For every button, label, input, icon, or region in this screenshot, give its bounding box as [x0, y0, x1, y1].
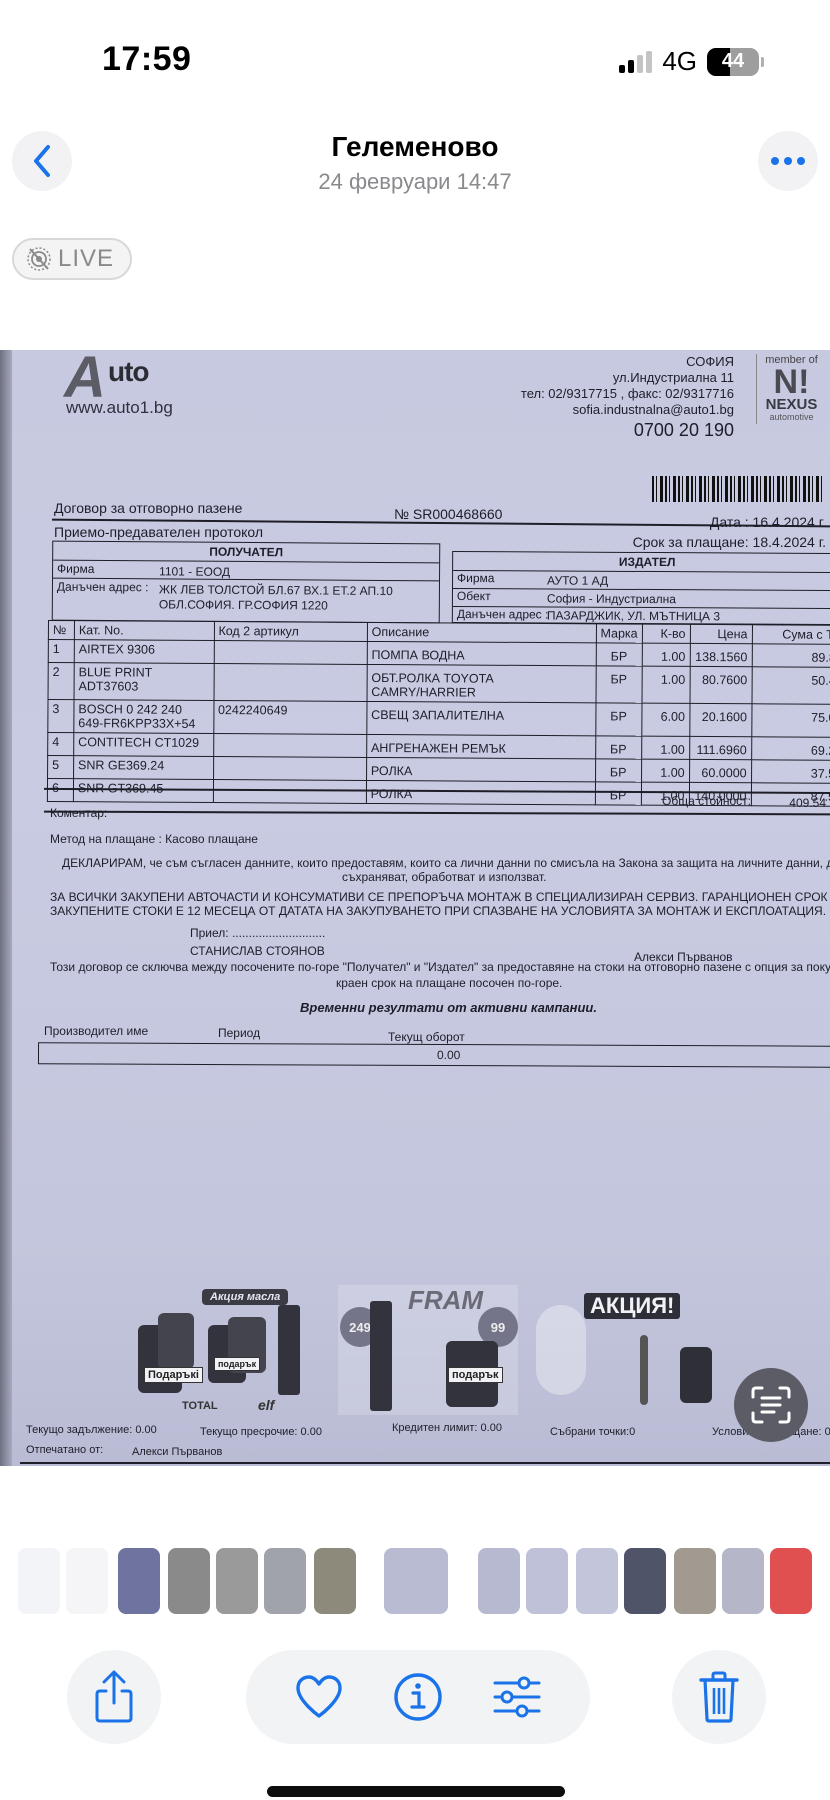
- signal-icon: [619, 51, 652, 73]
- issuer-firm-label: Фирма: [457, 571, 495, 585]
- cell-price: 60.0000: [689, 759, 751, 782]
- brand-elf: elf: [258, 1397, 274, 1413]
- cell-sum: 37.50: [751, 760, 830, 784]
- cell-cat: SNR GT369.45: [73, 779, 213, 803]
- received-name: СТАНИСЛАВ СТОЯНОВ: [190, 944, 325, 958]
- cell-code2: [214, 641, 367, 665]
- contract-line-2: краен срок на плащане посочен по-горе.: [336, 976, 562, 990]
- fram-gift-label: подарък: [448, 1367, 503, 1383]
- comment-label: Коментар:: [50, 806, 107, 820]
- warranty-line-2: ЗАКУПЕНИТЕ СТОКИ Е 12 МЕСЕЦА ОТ ДАТАТА Н…: [50, 904, 826, 918]
- more-button[interactable]: [758, 131, 818, 191]
- status-indicators: 4G 44: [619, 46, 764, 77]
- thumbnail-engine[interactable]: [216, 1548, 258, 1614]
- issuer-heading: ИЗДАТЕЛ: [453, 554, 830, 570]
- contact-hotline: 0700 20 190: [521, 418, 734, 442]
- col-no: №: [48, 621, 74, 640]
- cell-desc: РОЛКА: [366, 780, 595, 804]
- vest-image-2: [158, 1313, 194, 1369]
- thumbnail-document[interactable]: [526, 1548, 568, 1614]
- cell-no: 4: [48, 733, 74, 756]
- cell-brand: БР: [596, 643, 642, 666]
- cell-price: 80.7600: [690, 666, 752, 703]
- issuer-firm: АУТО 1 АД: [547, 573, 608, 587]
- cell-brand: БР: [595, 782, 641, 805]
- col-qty: К-во: [642, 624, 690, 643]
- gift-label: Подаръкі: [144, 1367, 203, 1383]
- campaigns-box: 0.00: [38, 1042, 830, 1067]
- auto1-logo: A uto: [64, 352, 174, 404]
- received-label: Приел: ............................: [190, 926, 325, 940]
- col-code2: Код 2 артикул: [214, 622, 367, 642]
- ellipsis-icon: [770, 156, 806, 166]
- live-text-scan-icon: [750, 1385, 792, 1425]
- issuer-address: ПАЗАРДЖИК, УЛ. МЪТНИЦА 3: [547, 608, 720, 623]
- cell-sum: 89.80: [752, 644, 830, 668]
- cell-desc: СВЕЩ ЗАПАЛИТЕЛНА: [367, 701, 596, 735]
- campaigns-col-turnover: Текущ оборот: [388, 1030, 465, 1044]
- live-off-icon: [26, 246, 52, 272]
- logo-text: uto: [108, 356, 149, 388]
- thumbnail-document[interactable]: [576, 1548, 618, 1614]
- contract-line-1: Този договор се сключва между посочените…: [50, 960, 830, 974]
- issuer-site: София - Индустриална: [547, 591, 676, 606]
- footer-overdue: Текущо пресрочие: 0.00: [200, 1426, 322, 1438]
- contract-title: Договор за отговорно пазене: [54, 500, 242, 516]
- logo-letter: A: [64, 352, 106, 404]
- battery-cap: [761, 57, 764, 67]
- nexus-name: NEXUS: [757, 398, 826, 412]
- thumbnail-shop[interactable]: [770, 1548, 812, 1614]
- cell-no: 2: [48, 663, 74, 700]
- col-brand: Марка: [596, 624, 642, 643]
- share-icon: [92, 1669, 136, 1725]
- thumbnail-strip[interactable]: [0, 1548, 830, 1614]
- cell-qty: 1.00: [641, 759, 689, 782]
- home-indicator[interactable]: [267, 1786, 565, 1797]
- hose-reel-image: [536, 1305, 586, 1395]
- cell-brand: БР: [595, 759, 641, 782]
- items-body: 1AIRTEX 9306ПОМПА ВОДНАБР1.00138.156089.…: [47, 640, 830, 807]
- delete-button[interactable]: [672, 1650, 766, 1744]
- gift-label-2: подарък: [214, 1357, 260, 1371]
- campaigns-title: Временни резултати от активни кампании.: [300, 1000, 597, 1015]
- due-date: Срок за плащане: 18.4.2024 г.: [633, 534, 826, 550]
- recipient-firm-label: Фирма: [57, 562, 95, 576]
- footer-printed-by: Алекси Първанов: [132, 1446, 222, 1458]
- adjust-sliders-icon: [492, 1675, 542, 1719]
- col-cat: Кат. No.: [74, 621, 214, 641]
- nexus-sub: automotive: [757, 412, 826, 422]
- thumbnail-document[interactable]: [478, 1548, 520, 1614]
- cell-brand: БР: [595, 703, 641, 736]
- info-button[interactable]: [388, 1667, 448, 1727]
- battery-icon: 44: [707, 48, 759, 76]
- declaration-line-2: съхраняват, обработват и използват.: [342, 870, 546, 884]
- issuer-box: ИЗДАТЕЛ Фирма АУТО 1 АД Обект София - Ин…: [452, 551, 830, 625]
- live-label: LIVE: [58, 245, 114, 273]
- cell-code2: [214, 664, 367, 702]
- footer-current-debt: Текущо задължение: 0.00: [26, 1424, 157, 1436]
- cell-price: 111.6960: [689, 736, 751, 759]
- trash-icon: [698, 1670, 740, 1724]
- cell-cat: BOSCH 0 242 240649-FR6KPP33X+54: [74, 700, 214, 734]
- live-text-button[interactable]: [734, 1368, 808, 1442]
- cell-no: 1: [48, 640, 74, 663]
- cell-sum: 50.48: [752, 667, 830, 705]
- cat-line-1: BOSCH 0 242 240: [78, 702, 209, 717]
- cell-price: 138.1560: [690, 643, 752, 666]
- album-title: Гелеменово: [0, 131, 830, 163]
- cell-no: 3: [48, 700, 74, 733]
- thumbnail-engine[interactable]: [264, 1548, 306, 1614]
- col-desc: Описание: [367, 622, 596, 642]
- contact-street: ул.Индустриална 11: [521, 370, 734, 386]
- promo-oils-tag: Акция масла: [202, 1289, 288, 1305]
- thumbnail-text[interactable]: [66, 1548, 108, 1614]
- cell-no: 6: [47, 779, 73, 802]
- warranty-line-1: ЗА ВСИЧКИ ЗАКУПЕНИ АВТОЧАСТИ И КОНСУМАТИ…: [50, 890, 830, 904]
- table-row: 2BLUE PRINT ADT37603ОБТ.РОЛКА TOYOTA CAM…: [48, 663, 830, 705]
- thumbnail-street[interactable]: [674, 1548, 716, 1614]
- contact-phones: тел: 02/9317715 , факс: 02/9317716: [521, 386, 734, 402]
- campaigns-col-manufacturer: Производител име: [44, 1024, 148, 1038]
- promo-fram: FRAM 249 99 подарък: [338, 1285, 518, 1415]
- cell-cat: AIRTEX 9306: [74, 640, 214, 664]
- cell-qty: 6.00: [642, 703, 690, 736]
- declaration-line-1: ДЕКЛАРИРАМ, че съм съгласен данните, кои…: [62, 856, 830, 870]
- cell-sum: 75.00: [751, 704, 830, 738]
- bottom-toolbar: [0, 1650, 830, 1745]
- issuer-address-label: Данъчен адрес :: [457, 607, 549, 621]
- cell-code2: [213, 757, 366, 781]
- live-photo-toggle[interactable]: LIVE: [12, 238, 132, 280]
- photo-viewer[interactable]: A uto www.auto1.bg СОФИЯ ул.Индустриална…: [0, 350, 830, 1466]
- battery-level: 44: [722, 50, 744, 73]
- thumbnail-document[interactable]: [624, 1548, 666, 1614]
- payment-method: Метод на плащане : Касово плащане: [50, 832, 258, 846]
- footer-divider: [20, 1462, 830, 1464]
- cell-cat: SNR GE369.24: [73, 756, 213, 780]
- cell-brand: БР: [595, 736, 641, 759]
- cell-desc: ПОМПА ВОДНА: [367, 641, 596, 665]
- contact-city: СОФИЯ: [521, 354, 734, 370]
- recipient-address-2: ОБЛ.СОФИЯ. ГР.СОФИЯ 1220: [159, 597, 328, 612]
- recipient-address-1: ЖК ЛЕВ ТОЛСТОЙ БЛ.67 ВХ.1 ЕТ.2 АП.10: [159, 582, 393, 598]
- photo-date: 24 февруари 14:47: [0, 169, 830, 195]
- fram-logo: FRAM: [408, 1285, 483, 1316]
- nexus-mark: N!: [757, 366, 826, 398]
- cell-qty: 1.00: [641, 736, 689, 759]
- cell-qty: 1.00: [642, 666, 690, 703]
- cell-code2: 0242240649: [213, 701, 366, 735]
- overalls-image: [278, 1305, 300, 1395]
- col-sum: Сума с ТО: [752, 625, 830, 645]
- thumbnail-screenshot[interactable]: [18, 1548, 60, 1614]
- thumbnail-engine[interactable]: [168, 1548, 210, 1614]
- brand-total: TOTAL: [182, 1400, 218, 1412]
- campaigns-value: 0.00: [437, 1048, 460, 1062]
- document-number: № SR000468660: [394, 506, 502, 522]
- document-date: Дата : 16.4.2024 г.: [710, 514, 826, 530]
- total-value: 409.54: [789, 796, 826, 810]
- status-bar: 17:59 4G 44: [0, 0, 830, 110]
- cat-line-2: 649-FR6KPP33X+54: [78, 716, 209, 731]
- footer-credit-limit: Кредитен лимит: 0.00: [392, 1422, 502, 1434]
- promo-banner: Акция масла Подаръкі подарък TOTAL elf F…: [130, 1285, 830, 1415]
- cell-sum: 69.25: [751, 737, 830, 761]
- recipient-firm: 1101 - ЕООД: [159, 564, 230, 578]
- protocol-title: Приемо-предавателен протокол: [54, 524, 263, 540]
- adjust-button[interactable]: [487, 1667, 547, 1727]
- thumbnail-document[interactable]: [722, 1548, 764, 1614]
- cell-cat: CONTITECH CT1029: [74, 733, 214, 757]
- contact-block: СОФИЯ ул.Индустриална 11 тел: 02/9317715…: [521, 354, 734, 442]
- photo-header: Гелеменово 24 февруари 14:47: [0, 125, 830, 205]
- oil-drain-image: [640, 1335, 648, 1405]
- cell-price: 20.1600: [689, 703, 751, 736]
- cell-desc: АНГРЕНАЖЕН РЕМЪК: [366, 734, 595, 758]
- document-image: A uto www.auto1.bg СОФИЯ ул.Индустриална…: [0, 350, 830, 1466]
- barrel-image: [680, 1347, 712, 1403]
- items-table: № Кат. No. Код 2 артикул Описание Марка …: [47, 620, 830, 807]
- cell-code2: [213, 734, 366, 758]
- contact-email: sofia.industnalna@auto1.bg: [521, 402, 734, 418]
- promo-akcia-title: АКЦИЯ!: [584, 1293, 680, 1319]
- cell-cat: BLUE PRINT ADT37603: [74, 663, 214, 701]
- status-time: 17:59: [102, 40, 191, 79]
- thumbnail-car[interactable]: [314, 1548, 356, 1614]
- footer-points: Събрани точки:0: [550, 1426, 635, 1438]
- favorite-button[interactable]: [289, 1667, 349, 1727]
- recipient-heading: ПОЛУЧАТЕЛ: [53, 544, 439, 561]
- recipient-box: ПОЛУЧАТЕЛ Фирма 1101 - ЕООД Данъчен адре…: [52, 541, 441, 624]
- col-price: Цена: [690, 624, 752, 643]
- issuer-site-label: Обект: [457, 589, 491, 603]
- recipient-address-label: Данъчен адрес :: [57, 580, 149, 595]
- thumbnail-document-phone[interactable]: [118, 1548, 160, 1614]
- cell-qty: 1.00: [642, 643, 690, 666]
- cell-no: 5: [48, 756, 74, 779]
- cell-desc: РОЛКА: [366, 757, 595, 781]
- table-row: 3BOSCH 0 242 240649-FR6KPP33X+5402422406…: [48, 700, 830, 738]
- total-divider: [44, 811, 830, 815]
- nexus-logo: member of N! NEXUS automotive: [756, 354, 826, 424]
- total-label: Обща стойност:: [662, 794, 751, 808]
- footer-printed-label: Отпечатано от:: [26, 1444, 103, 1456]
- heart-icon: [294, 1674, 344, 1720]
- promo-oils: Акция масла Подаръкі подарък TOTAL elf: [130, 1285, 320, 1415]
- website: www.auto1.bg: [66, 398, 173, 418]
- network-type: 4G: [662, 46, 697, 77]
- fram-overalls-image: [370, 1301, 392, 1411]
- share-button[interactable]: [67, 1650, 161, 1744]
- cell-code2: [213, 780, 366, 804]
- barcode: [652, 476, 822, 502]
- cell-brand: БР: [596, 666, 642, 703]
- photo-actions-group: [246, 1650, 590, 1744]
- info-icon: [393, 1672, 443, 1722]
- cell-desc: ОБТ.РОЛКА TOYOTA CAMRY/HARRIER: [367, 664, 596, 702]
- campaigns-col-period: Период: [218, 1026, 260, 1040]
- thumbnail-document[interactable]: [384, 1548, 448, 1614]
